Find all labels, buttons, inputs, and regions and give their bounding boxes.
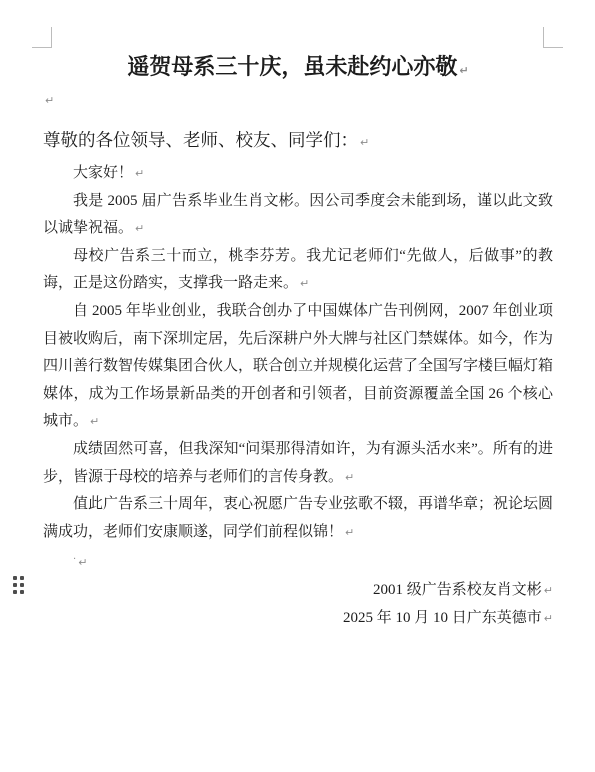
letter-body: 大家好！↵ 我是 2005 届广告系毕业生肖文彬。因公司季度会未能到场，谨以此文… (43, 160, 553, 546)
paragraph-mark-icon: ↵ (345, 471, 354, 484)
body-paragraph: 大家好！↵ (43, 160, 553, 188)
empty-paragraph: ↵ (43, 88, 553, 113)
grip-dot (20, 590, 24, 594)
body-paragraph-text: 自 2005 年毕业创业，我联合创办了中国媒体广告刊例网，2007 年创业项目被… (43, 303, 553, 429)
body-paragraph-text: 我是 2005 届广告系毕业生肖文彬。因公司季度会未能到场，谨以此文致以诚挚祝福… (43, 193, 553, 237)
paragraph-mark-icon: ↵ (135, 222, 144, 235)
body-paragraph: 成绩固然可喜，但我深知“问渠那得清如许，为有源头活水来”。所有的进步，皆源于母校… (43, 436, 553, 491)
date-place-text: 2025 年 10 月 10 日广东英德市 (343, 610, 542, 626)
document-title-text: 遥贺母系三十庆，虽未赴约心亦敬 (127, 54, 457, 79)
drag-handle-grip-icon[interactable] (13, 576, 24, 594)
paragraph-mark-icon: ↵ (360, 136, 369, 149)
document-title: 遥贺母系三十庆，虽未赴约心亦敬↵ (43, 0, 553, 88)
paragraph-mark-icon: ↵ (90, 415, 99, 428)
body-paragraph: 我是 2005 届广告系毕业生肖文彬。因公司季度会未能到场，谨以此文致以诚挚祝福… (43, 188, 553, 243)
body-paragraph: 自 2005 年毕业创业，我联合创办了中国媒体广告刊例网，2007 年创业项目被… (43, 298, 553, 436)
letter-document: 遥贺母系三十庆，虽未赴约心亦敬↵ ↵ 尊敬的各位领导、老师、校友、同学们：↵ 大… (43, 0, 553, 632)
body-paragraph: 值此广告系三十周年，衷心祝愿广告专业弦歌不辍，再谱华章；祝论坛圆满成功，老师们安… (43, 491, 553, 546)
paragraph-mark-icon: ↵ (544, 612, 553, 625)
grip-dot (13, 590, 17, 594)
body-paragraph-text: 值此广告系三十周年，衷心祝愿广告专业弦歌不辍，再谱华章；祝论坛圆满成功，老师们安… (43, 496, 553, 540)
date-place-line: 2025 年 10 月 10 日广东英德市↵ (43, 605, 553, 633)
signature-line: 2001 级广告系校友肖文彬↵ (43, 577, 553, 605)
grip-dot (20, 583, 24, 587)
space-mark-icon: · (73, 554, 76, 565)
signature-text: 2001 级广告系校友肖文彬 (373, 582, 542, 598)
body-paragraph-text: 成绩固然可喜，但我深知“问渠那得清如许，为有源头活水来”。所有的进步，皆源于母校… (43, 441, 553, 485)
grip-dot (20, 576, 24, 580)
document-page: { "page": { "title": "遥贺母系三十庆，虽未赴约心亦敬", … (0, 0, 595, 772)
paragraph-mark-icon: ↵ (78, 556, 87, 569)
empty-paragraph-before-signature: ·↵ (43, 546, 553, 577)
paragraph-mark-icon: ↵ (544, 584, 553, 597)
grip-dot (13, 576, 17, 580)
paragraph-mark-icon: ↵ (135, 167, 144, 180)
paragraph-mark-icon: ↵ (300, 277, 309, 290)
signature-block: 2001 级广告系校友肖文彬↵ 2025 年 10 月 10 日广东英德市↵ (43, 577, 553, 632)
paragraph-mark-icon: ↵ (345, 526, 354, 539)
body-paragraph-text: 大家好！ (73, 165, 133, 181)
body-paragraph-text: 母校广告系三十而立，桃李芬芳。我尤记老师们“先做人，后做事”的教诲，正是这份踏实… (43, 248, 553, 292)
body-paragraph: 母校广告系三十而立，桃李芬芳。我尤记老师们“先做人，后做事”的教诲，正是这份踏实… (43, 243, 553, 298)
paragraph-mark-icon: ↵ (45, 94, 54, 107)
salutation-text: 尊敬的各位领导、老师、校友、同学们： (43, 130, 358, 150)
paragraph-mark-icon: ↵ (459, 64, 468, 77)
salutation-line: 尊敬的各位领导、老师、校友、同学们：↵ (43, 123, 553, 160)
grip-dot (13, 583, 17, 587)
